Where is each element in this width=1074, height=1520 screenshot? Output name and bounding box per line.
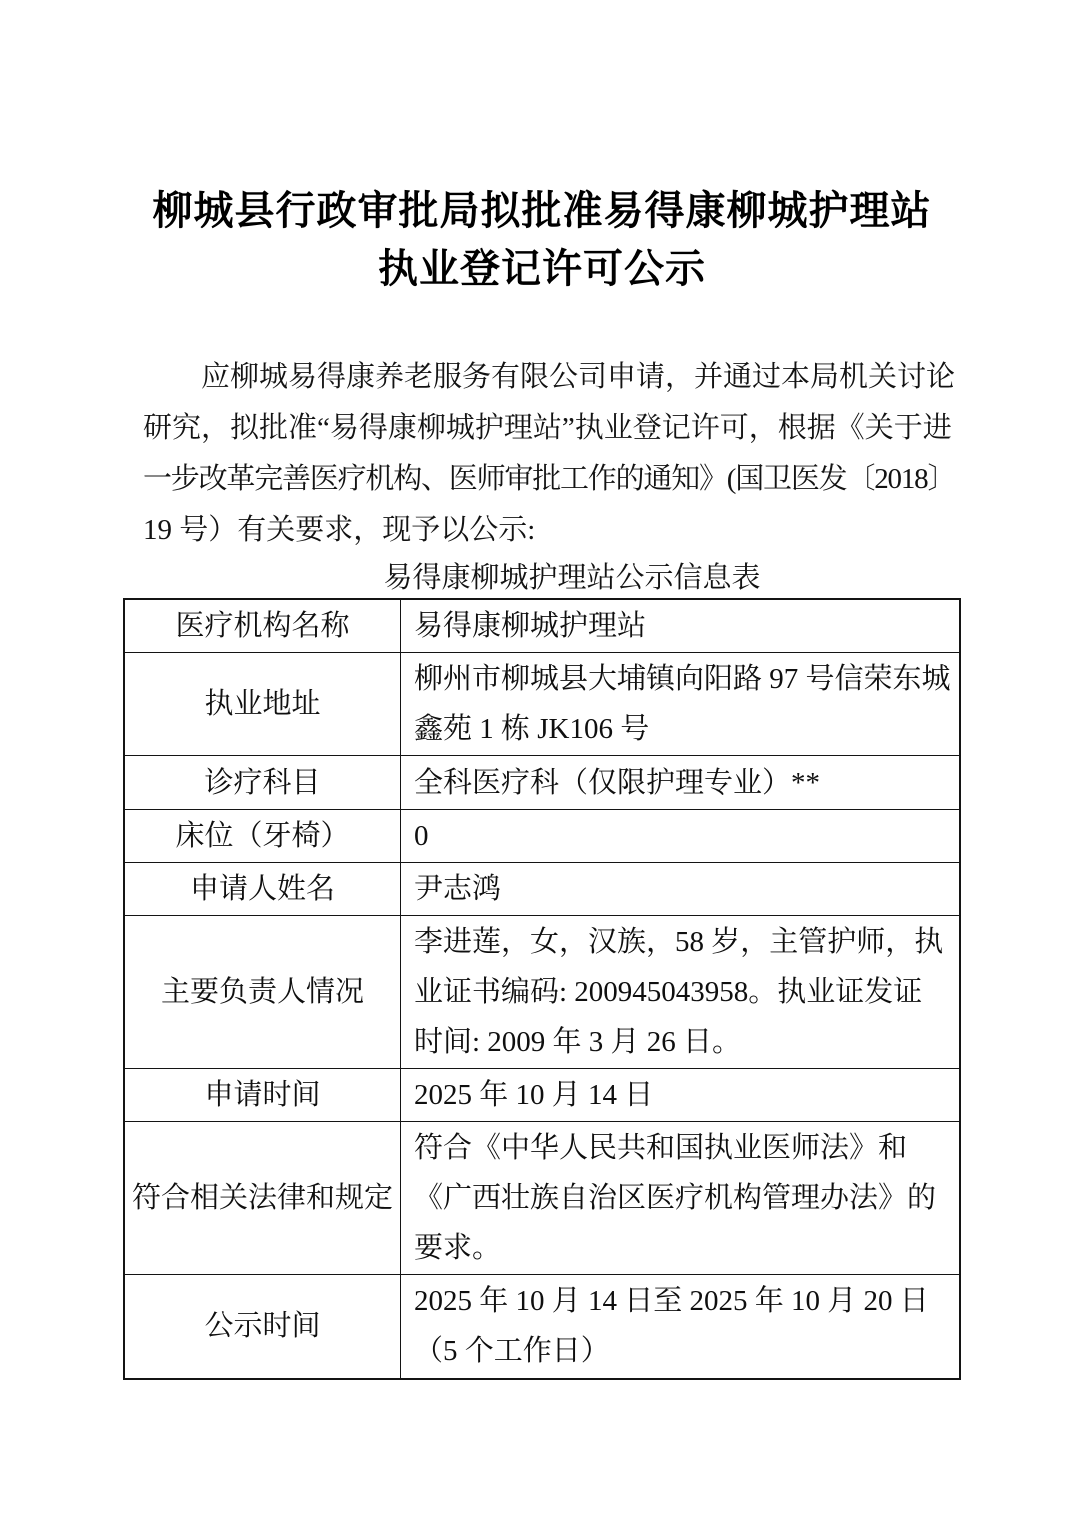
row-value: 全科医疗科（仅限护理专业）**	[401, 756, 961, 810]
table-row: 公示时间 2025 年 10 月 14 日至 2025 年 10 月 20 日（…	[124, 1275, 960, 1379]
row-label: 执业地址	[124, 653, 401, 756]
body-paragraph: 应柳城易得康养老服务有限公司申请，并通过本局机关讨论 研究，拟批准“易得康柳城护…	[143, 352, 958, 556]
row-value: 李进莲，女，汉族，58 岁，主管护师，执业证书编码: 200945043958。…	[401, 916, 961, 1069]
row-value: 0	[401, 810, 961, 863]
table-row: 申请人姓名 尹志鸿	[124, 863, 960, 916]
paragraph-line-2: 研究，拟批准“易得康柳城护理站”执业登记许可，根据《关于进	[143, 403, 958, 454]
row-label: 公示时间	[124, 1275, 401, 1379]
table-row: 执业地址 柳州市柳城县大埔镇向阳路 97 号信荣东城鑫苑 1 栋 JK106 号	[124, 653, 960, 756]
row-label: 符合相关法律和规定	[124, 1122, 401, 1275]
row-label: 主要负责人情况	[124, 916, 401, 1069]
row-label: 申请人姓名	[124, 863, 401, 916]
table-row: 床位（牙椅） 0	[124, 810, 960, 863]
row-value: 易得康柳城护理站	[401, 599, 961, 653]
paragraph-line-4: 19 号）有关要求，现予以公示:	[143, 505, 958, 556]
paragraph-line-1: 应柳城易得康养老服务有限公司申请，并通过本局机关讨论	[143, 352, 958, 403]
row-label: 诊疗科目	[124, 756, 401, 810]
title-line-1: 柳城县行政审批局拟批准易得康柳城护理站	[123, 182, 961, 240]
row-value: 柳州市柳城县大埔镇向阳路 97 号信荣东城鑫苑 1 栋 JK106 号	[401, 653, 961, 756]
title-line-2: 执业登记许可公示	[123, 240, 961, 298]
row-label: 床位（牙椅）	[124, 810, 401, 863]
table-row: 主要负责人情况 李进莲，女，汉族，58 岁，主管护师，执业证书编码: 20094…	[124, 916, 960, 1069]
row-value: 2025 年 10 月 14 日至 2025 年 10 月 20 日（5 个工作…	[401, 1275, 961, 1379]
table-row: 医疗机构名称 易得康柳城护理站	[124, 599, 960, 653]
table-caption: 易得康柳城护理站公示信息表	[183, 562, 961, 594]
row-value: 符合《中华人民共和国执业医师法》和《广西壮族自治区医疗机构管理办法》的要求。	[401, 1122, 961, 1275]
info-table-body: 医疗机构名称 易得康柳城护理站 执业地址 柳州市柳城县大埔镇向阳路 97 号信荣…	[124, 599, 960, 1379]
document-title: 柳城县行政审批局拟批准易得康柳城护理站 执业登记许可公示	[123, 182, 961, 298]
document-page: 柳城县行政审批局拟批准易得康柳城护理站 执业登记许可公示 应柳城易得康养老服务有…	[0, 0, 1074, 1520]
table-row: 申请时间 2025 年 10 月 14 日	[124, 1069, 960, 1122]
table-row: 符合相关法律和规定 符合《中华人民共和国执业医师法》和《广西壮族自治区医疗机构管…	[124, 1122, 960, 1275]
row-label: 医疗机构名称	[124, 599, 401, 653]
row-value: 尹志鸿	[401, 863, 961, 916]
table-row: 诊疗科目 全科医疗科（仅限护理专业）**	[124, 756, 960, 810]
row-label: 申请时间	[124, 1069, 401, 1122]
info-table: 医疗机构名称 易得康柳城护理站 执业地址 柳州市柳城县大埔镇向阳路 97 号信荣…	[123, 598, 961, 1380]
document-body: 柳城县行政审批局拟批准易得康柳城护理站 执业登记许可公示 应柳城易得康养老服务有…	[123, 0, 961, 1380]
paragraph-line-3: 一步改革完善医疗机构、医师审批工作的通知》(国卫医发〔2018〕	[143, 454, 958, 505]
row-value: 2025 年 10 月 14 日	[401, 1069, 961, 1122]
